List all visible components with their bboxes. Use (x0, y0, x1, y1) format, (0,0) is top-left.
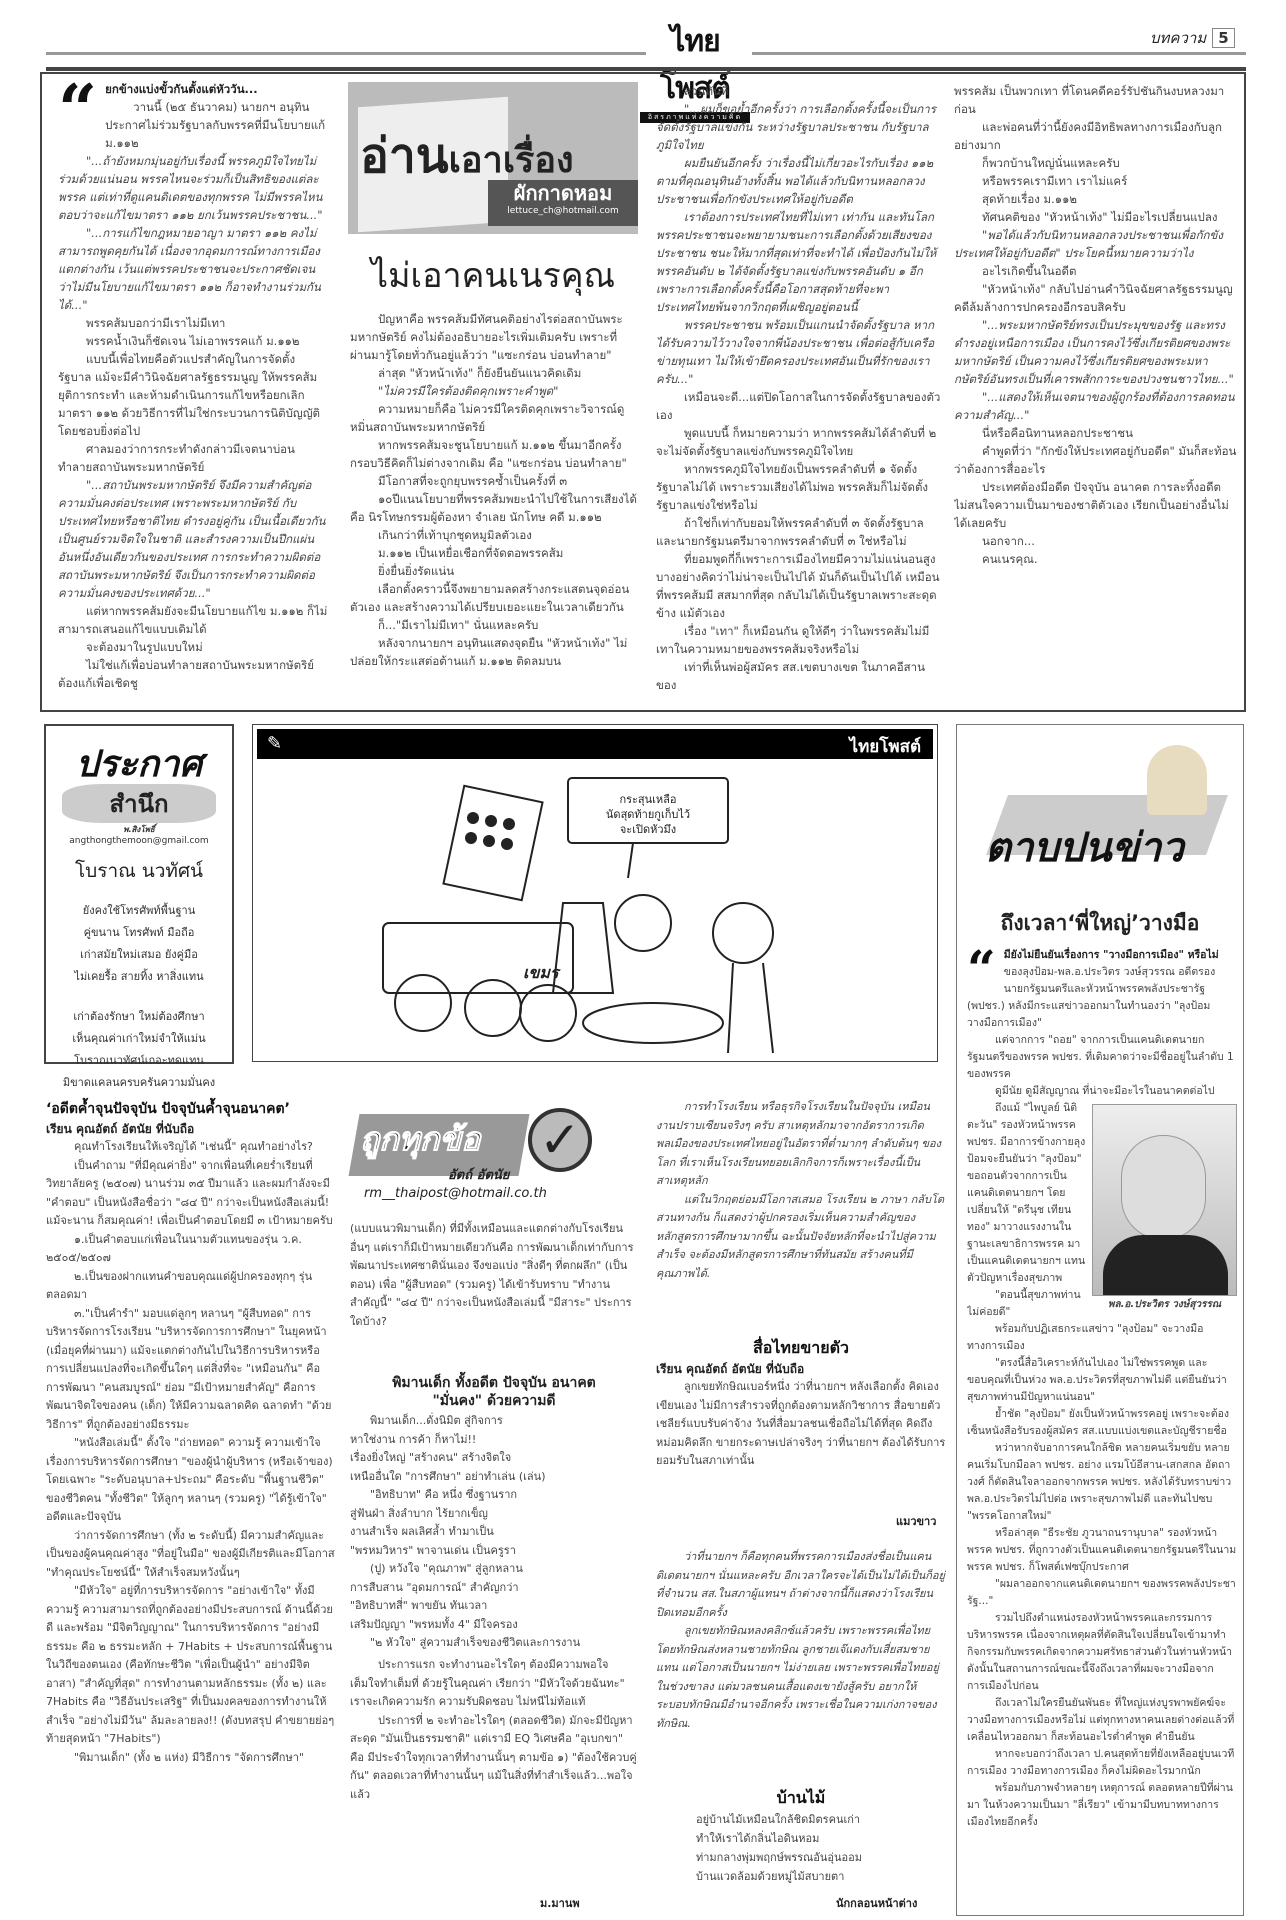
cartoon-speech-bubble: กระสุนเหลือ (619, 793, 676, 806)
paragraph: "ตรงนี้สื่อวิเคราะห์กันไปเอง ไม่ใช่พรรคพ… (967, 1355, 1237, 1406)
paragraph: เกินกว่าที่เท้าบุกชุดหมูมิลตัวเอง (350, 526, 638, 544)
top-rule (46, 67, 1246, 71)
paragraph: พรรคส้มบอกว่ามีเราไม่มีเทา (58, 314, 328, 332)
letter-2-salutation: เรียน คุณอัตถ์ อัตนัย ที่นับถือ (656, 1360, 804, 1379)
poem-line: "๒ หัวใจ" สู่ความสำเร็จของชีวิตและการงาน (350, 1634, 638, 1653)
paragraph: สวนทันที (656, 82, 944, 100)
cartoon-header-bar: ✎ ไทยโพสต์ (257, 729, 933, 759)
news-logo: ตาบปนข่าว (985, 815, 1184, 879)
page-header: ไทยโพสต์ อิสรภาพแห่งความคิด บทความ 5 (0, 0, 1286, 60)
editorial-column-2: ปัญหาคือ พรรคส้มมีทัศนคติอย่างไรต่อสถาบั… (350, 310, 638, 705)
paragraph: ลูกเขยทักษิณหลงคลิกซ์แล้วครับ เพราะพรรคเ… (656, 1622, 946, 1733)
paragraph: ก็พวกบ้านใหญ่นั่นแหละครับ (954, 154, 1238, 172)
poem-stanza-1: ยังคงใช้โทรศัพท์พื้นฐาน คู่ขนาน โทรศัพท์… (46, 900, 232, 988)
editorial-column-3: สวนทันที "...ผมก็ขอย้ำอีกครั้งว่า การเลื… (656, 82, 944, 702)
letters-logo-email: rm__thaipost@hotmail.co.th (364, 1186, 547, 1201)
news-body: “ มียังไม่ยืนยันเรื่องการ "วางมือการเมือ… (967, 947, 1237, 1907)
paragraph: ของลุงป้อม-พล.อ.ประวิตร วงษ์สุวรรณ อดีตร… (967, 964, 1237, 1032)
poem-box: ประกาศ สำนึก พ.สิงโพธิ์ angthongthemoon@… (44, 724, 234, 1064)
letter-1-headline: ‘อดีตค้ำจุนปัจจุบัน ปัจจุบันค้ำจุนอนาคต’ (46, 1098, 346, 1120)
paragraph: ประการที่ ๒ จะทำอะไรใดๆ (ตลอดชีวิต) มักจ… (350, 1712, 638, 1805)
quote-mark-icon: “ (58, 82, 97, 138)
letter-1-poem-title: พิมานเด็ก ทั้งอดีต ปัจจุบัน อนาคต "มั่นค… (370, 1374, 618, 1410)
section-tab: บทความ 5 (1150, 26, 1235, 50)
paragraph: เราต้องการประเทศไทยที่ไม่เทา เท่ากัน และ… (656, 208, 944, 316)
paragraph: คำพูดที่ว่า "กักขังให้ประเทศอยู่กับอดีต"… (954, 442, 1238, 478)
poem-logo-ribbon: สำนึก (62, 784, 216, 823)
section-label: บทความ (1150, 26, 1206, 50)
paragraph: เท่าที่เห็นพ่อผู้สมัคร สส.เขตบางเขต ในภา… (656, 658, 944, 694)
paragraph: "...การแก้ไขกฎหมายอาญา มาตรา ๑๑๒ คงไม่สา… (58, 224, 328, 314)
header-rule (46, 52, 646, 55)
poem-line: อยู่บ้านไม้เหมือนใกล้ชิดมิตรคนเก่า (696, 1810, 946, 1829)
letters-column-logo: ถูกทุกข้อ ✓ อัตถ์ อัตนัย rm__thaipost@ho… (348, 1100, 638, 1210)
paragraph: ทัศนคติของ "หัวหน้าเท้ง" ไม่มีอะไรเปลี่ย… (954, 208, 1238, 226)
closing-poem-signature: นักกลอนหน้าต่าง (836, 1894, 917, 1912)
poem-logo-script: ประกาศ (46, 744, 232, 784)
cartoon-panel: ✎ ไทยโพสต์ กระสุนเหลือ นัดสุดท้ายกูเก็บไ… (252, 724, 938, 1062)
paragraph: "...สถาบันพระมหากษัตริย์ จึงมีความสำคัญต… (58, 476, 328, 602)
poem-line: "อิทธิบาท" คือ หนึ่ง ซึ่งฐานราก (350, 1486, 638, 1505)
letter-2-reply: ว่าที่นายกฯ ก็คือทุกคนที่พรรคการเมืองส่ง… (656, 1548, 946, 1758)
editorial-headline: ไม่เอาคนเนรคุณ (348, 248, 638, 302)
paragraph: หากจะบอกว่าถึงเวลา ป.คนสุดท้ายที่ยังเหลื… (967, 1746, 1237, 1780)
paragraph: ที่ยอมพูดกี่ก็เพราะการเมืองไทยมีความไม่แ… (656, 550, 944, 622)
paragraph: ๑.เป็นคำตอบแก่เพื่อนในนามตัวแทนของรุ่น ว… (46, 1231, 338, 1268)
banner-title-big: อ่าน (360, 118, 449, 194)
letter-1-continued: (แบบแนวพิมานเด็ก) ที่มีทั้งเหมือนและแตกต… (350, 1220, 638, 1370)
paragraph: "...ถ้ายังหมกมุ่นอยู่กับเรื่องนี้ พรรคภู… (58, 152, 328, 224)
paragraph: "พอได้แล้วกับนิทานหลอกลวงประชาชนเพื่อกัก… (954, 226, 1238, 262)
paragraph: ม.๑๑๒ เป็นเหยื่อเชือกที่จัดตอพรรคส้ม (350, 544, 638, 562)
paragraph: เลือกตั้งคราวนี้จึงพยายามลดสร้างกระแสตนจ… (350, 580, 638, 616)
poem-line: ท่ามกลางพุ่มพฤกษ์พรรณอันอุ่นออม (696, 1848, 946, 1867)
letters-logo-title: ถูกทุกข้อ (360, 1114, 480, 1165)
paragraph: หรือล่าสุด "ธีระชัย ภูวนาถนรานุบาล" รองห… (967, 1525, 1237, 1576)
paragraph: จะต้องมาในรูปแบบใหม่ (58, 638, 328, 656)
svg-text:นัดสุดท้ายกูเก็บไว้: นัดสุดท้ายกูเก็บไว้ (606, 807, 690, 821)
paragraph: "หัวหน้าเท้ง" กลับไปอ่านคำวินิจฉัยศาลรัฐ… (954, 280, 1238, 316)
poem-line: พิมานเด็ก...ดั่งนิมิต สู่กิจการ (350, 1412, 638, 1431)
paragraph: ลูกเขยทักษิณเบอร์หนึ่ง ว่าที่นายกฯ หลังเ… (656, 1378, 946, 1471)
news-box: ตาบปนข่าว ถึงเวลา‘พี่ใหญ่’วางมือ “ มียัง… (956, 724, 1244, 1916)
letter-1-poem: พิมานเด็ก...ดั่งนิมิต สู่กิจการ หาใช่งาน… (350, 1412, 638, 1662)
news-headline: ถึงเวลา‘พี่ใหญ่’วางมือ (957, 907, 1243, 940)
paragraph: "...พระมหากษัตริย์ทรงเป็นประมุขของรัฐ แล… (954, 316, 1238, 388)
paragraph: ว่าที่นายกฯ ก็คือทุกคนที่พรรคการเมืองส่ง… (656, 1548, 946, 1622)
news-photo: พล.อ.ประวิตร วงษ์สุวรรณ (1092, 1104, 1237, 1313)
poem-line: บ้านแวดล้อมด้วยหมู่ไม้สบายตา (696, 1867, 946, 1886)
paragraph: ถึงเวลาไม่ใครยืนยันพันธะ ที่ใหญ่แห่งบูรพ… (967, 1695, 1237, 1746)
paragraph: คุณทำโรงเรียนให้เจริญได้ "เช่นนี้" คุณทำ… (46, 1138, 338, 1157)
letter-1-tail: ประการแรก จะทำงานอะไรใดๆ ต้องมีความพอใจ … (350, 1656, 638, 1886)
paragraph: "ผมลาออกจากแคนดิเดตนายกฯ ของพรรคพลังประช… (967, 1576, 1237, 1610)
paragraph: ความหมายก็คือ ไม่ควรมีใครติดคุกเพราะวิจา… (350, 400, 638, 436)
paragraph: คนเนรคุณ. (954, 550, 1238, 568)
paragraph: ดูมีนัย ดูมีสัญญาณ ที่น่าจะมีอะไรในอนาคต… (967, 1083, 1237, 1100)
paragraph: มีโอกาสที่จะถูกยุบพรรคซ้ำเป็นครั้งที่ ๓ (350, 472, 638, 490)
poem-line: เรื่องยิ่งใหญ่ "สร้างคน" สร้างจิตใจ (350, 1449, 638, 1468)
poem-line: (ปู) หวังใจ "คุณภาพ" สู่ลูกหลาน (350, 1560, 638, 1579)
paragraph: พรรคส้ม เป็นพวกเทา ที่โดนคดีคอร์รัปชันกิ… (954, 82, 1238, 118)
letter-2-intro: การทำโรงเรียน หรือธุรกิจโรงเรียนในปัจจุบ… (656, 1098, 946, 1328)
paragraph: ล่าสุด "หัวหน้าเท้ง" ก็ยังยืนยันแนวคิดเด… (350, 364, 638, 382)
poem-line: "อิทธิบาทสี่" พาขยัน ทันเวลา (350, 1597, 638, 1616)
paragraph: พรรคประชาชน พร้อมเป็นแกนนำจัดตั้งรัฐบาล … (656, 316, 944, 388)
poem-line: สู่ฟันฝ่า สิ่งลำบาก ไร้ยากเข็ญ (350, 1505, 638, 1524)
paragraph: ประการแรก จะทำงานอะไรใดๆ ต้องมีความพอใจ … (350, 1656, 638, 1712)
poem-line: การสืบสาน "อุดมการณ์" สำคัญกว่า (350, 1579, 638, 1598)
paragraph: ผมยืนยันอีกครั้ง ว่าเรื่องนี้ไม่เกี่ยวอะ… (656, 154, 944, 208)
poem-line: เหนืออื่นใด "การศึกษา" อย่าทำเล่น (เล่น) (350, 1468, 638, 1487)
checkmark-icon: ✓ (528, 1108, 592, 1172)
quote-mark-icon: “ (967, 949, 996, 989)
paragraph: (แบบแนวพิมานเด็ก) ที่มีทั้งเหมือนและแตกต… (350, 1220, 638, 1331)
paragraph: เหมือนจะดี...แต่ปิดโอกาสในการจัดตั้งรัฐบ… (656, 388, 944, 424)
paragraph: วานนี้ (๒๕ ธันวาคม) นายกฯ อนุทิน ประกาศไ… (58, 98, 328, 152)
cartoon-brand: ไทยโพสต์ (850, 733, 921, 760)
column-banner: อ่าน เอาเรื่อง ผักกาดหอม lettuce_ch@hotm… (348, 82, 638, 234)
paragraph: ไม่ใช่แก้เพื่อบ่อนทำลายสถาบันพระมหากษัตร… (58, 656, 328, 692)
paragraph: พร้อมกับภาพจำหลายๆ เหตุการณ์ ตลอดหลายปีท… (967, 1780, 1237, 1831)
poem-line: ไม่เคยรื้อ สายทิ้ง หาสิ่งแทน (46, 966, 232, 988)
poem-stanza-2: เก่าต้องรักษา ใหม่ต้องศึกษา เห็นคุณค่าเก… (46, 1006, 232, 1094)
poem-logo-word: สำนึก (62, 784, 216, 823)
paragraph: ว่าการจัดการศึกษา (ทั้ง ๒ ระดับนี้) มีคว… (46, 1527, 338, 1583)
paragraph: หากพรรคภูมิใจไทยยังเป็นพรรคลำดับที่ ๑ จั… (656, 460, 944, 514)
lead-title: ยกข้างแบ่งขั้วกันตั้งแต่หัววัน... (58, 80, 328, 98)
editorial-column-1: “ ยกข้างแบ่งขั้วกันตั้งแต่หัววัน... วานน… (58, 80, 328, 700)
paragraph: นี่หรือคือนิทานหลอกประชาชน (954, 424, 1238, 442)
paragraph: ศาลมองว่าการกระทำดังกล่าวมีเจตนาบ่อนทำลา… (58, 440, 328, 476)
poem-line: คู่ขนาน โทรศัพท์ มือถือ (46, 922, 232, 944)
paragraph: "ไม่ควรมีใครต้องติดคุกเพราะคำพูด" (350, 382, 638, 400)
paragraph: ๒.เป็นของฝากแทนคำขอบคุณแด่ผู้ปกครองทุกๆ … (46, 1268, 338, 1305)
poem-line: ทำให้เราได้กลิ่นไอดินหอม (696, 1829, 946, 1848)
cartoon-illustration: กระสุนเหลือ นัดสุดท้ายกูเก็บไว้ จะเปิดหั… (373, 773, 813, 1058)
paragraph: ก็..."มีเราไม่มีเทา" นั่นแหละครับ (350, 616, 638, 634)
cartoon-truck-label: เขมร (523, 963, 561, 982)
poem-line: มิขาดแคลนครบครันความมั่นคง (46, 1072, 232, 1094)
paragraph: ๓."เป็นคำรำ" มอบแด่ลูกๆ หลานๆ "ผู้สืบทอด… (46, 1305, 338, 1435)
poem-line: งานสำเร็จ ผลเลิศล้ำ ทำมาเป็น (350, 1523, 638, 1542)
reader-figure (1147, 745, 1207, 815)
poem-line: หาใช่งาน การค้า ก็หาไม่!! (350, 1431, 638, 1450)
letter-2-headline: สื่อไทยขายตัว (656, 1336, 946, 1361)
paragraph: พรรคน้ำเงินก็ชัดเจน ไม่เอาพรรคแก้ ม.๑๑๒ (58, 332, 328, 350)
paragraph: อะไรเกิดขึ้นในอดีต (954, 262, 1238, 280)
photo-prawit (1092, 1104, 1237, 1296)
paragraph: "...แสดงให้เห็นเจตนาของผู้ถูกร้องที่ต้อง… (954, 388, 1238, 424)
letters-logo-author: อัตถ์ อัตนัย (448, 1164, 509, 1185)
paragraph: แต่หากพรรคส้มยังจะมีนโยบายแก้ไข ม.๑๑๒ ก็… (58, 602, 328, 638)
poem-line: เก่าต้องรักษา ใหม่ต้องศึกษา (46, 1006, 232, 1028)
page-number: 5 (1212, 28, 1234, 48)
banner-author: ผักกาดหอม (488, 180, 638, 206)
paragraph: "พิมานเด็ก" (ทั้ง ๒ แห่ง) มีวิธีการ "จัด… (46, 1749, 338, 1768)
banner-email: lettuce_ch@hotmail.com (488, 206, 638, 216)
paragraph: พร้อมกับปฏิเสธกระแสข่าว "ลุงป้อม" จะวางม… (967, 1321, 1237, 1355)
closing-poem-title: บ้านไม้ (656, 1786, 946, 1811)
paragraph: แต่จากการ "ถอย" จากการเป็นแคนดิเดตนายกรั… (967, 1032, 1237, 1083)
header-rule-right (752, 52, 1246, 55)
paragraph: ๑๐ปีแนนโยบายที่พรรคส้มพยะนำไปใช้ในการเสี… (350, 490, 638, 526)
cartoonist-logo-icon: ✎ (267, 733, 282, 754)
photo-caption: พล.อ.ประวิตร วงษ์สุวรรณ (1092, 1296, 1237, 1313)
paragraph: "มีหัวใจ" อยู่ที่การบริหารจัดการ "อย่างเ… (46, 1582, 338, 1749)
svg-text:จะเปิดหัวมึง: จะเปิดหัวมึง (620, 823, 676, 836)
banner-author-box: ผักกาดหอม lettuce_ch@hotmail.com (488, 180, 638, 226)
letter-1-signature: ม.มานพ (540, 1894, 580, 1912)
paragraph: ยิ่งยื่นยิ่งรัดแน่น (350, 562, 638, 580)
paragraph: การทำโรงเรียน หรือธุรกิจโรงเรียนในปัจจุบ… (656, 1098, 946, 1191)
paragraph: เป็นคำถาม "ที่มีคุณค่ายิ่ง" จากเพื่อนที่… (46, 1157, 338, 1231)
paragraph: นอกจาก... (954, 532, 1238, 550)
letter-1-body: คุณทำโรงเรียนให้เจริญได้ "เช่นนี้" คุณทำ… (46, 1138, 338, 1918)
poem-line: เก่าสมัยใหม่เสมอ ยังคู่มือ (46, 944, 232, 966)
paragraph: ประเทศต้องมีอดีต ปัจจุบัน อนาคต การละทิ้… (954, 478, 1238, 532)
paragraph: แบบนี้เพื่อไทยคือตัวแปรสำคัญในการจัดตั้ง… (58, 350, 328, 440)
paragraph: ย้ำชัด "ลุงป้อม" ยังเป็นหัวหน้าพรรคอยู่ … (967, 1406, 1237, 1440)
paragraph: หรือพรรคเรามีเทา เราไม่แคร์ (954, 172, 1238, 190)
paragraph: หว่าหากจับอาการคนใกล้ชิด หลายคนเริ่มขยับ… (967, 1440, 1237, 1525)
paragraph: หากพรรคส้มจะชูนโยบายแก้ ม.๑๑๒ ขึ้นมาอีกค… (350, 436, 638, 472)
closing-poem: อยู่บ้านไม้เหมือนใกล้ชิดมิตรคนเก่า ทำให้… (696, 1810, 946, 1890)
paragraph: แต่ในวิกฤตย่อมมีโอกาสเสมอ โรงเรียน ๒ ภาษ… (656, 1191, 946, 1284)
letter-1-salutation: เรียน คุณอัตถ์ อัตนัย ที่นับถือ (46, 1120, 194, 1139)
letter-2-signature: แมวขาว (896, 1512, 936, 1530)
editorial-column-4: พรรคส้ม เป็นพวกเทา ที่โดนคดีคอร์รัปชันกิ… (954, 82, 1238, 702)
poem-title: โบราณ นวทัศน์ (46, 856, 232, 886)
poem-line: "พรหมวิหาร" พาจานเด่น เป็นครูรา (350, 1542, 638, 1561)
poem-byline: พ.สิงโพธิ์ (46, 823, 232, 836)
poem-email: angthongthemoon@gmail.com (46, 836, 232, 846)
paragraph: หลังจากนายกฯ อนุทินแสดงจุดยืน "หัวหน้าเท… (350, 634, 638, 670)
letter-2-body: ลูกเขยทักษิณเบอร์หนึ่ง ว่าที่นายกฯ หลังเ… (656, 1378, 946, 1508)
paragraph: "...ผมก็ขอย้ำอีกครั้งว่า การเลือกตั้งครั… (656, 100, 944, 154)
paragraph: ถ้าใช่ก็เท่ากับยอมให้พรรคลำดับที่ ๓ จัดต… (656, 514, 944, 550)
poem-line: ยังคงใช้โทรศัพท์พื้นฐาน (46, 900, 232, 922)
poem-line: โบราณนวทัศน์เถอะทดแทน (46, 1050, 232, 1072)
news-logo-art: ตาบปนข่าว (977, 735, 1227, 885)
paragraph: และพ่อคนที่ว่านี้ยังคงมีอิทธิพลทางการเมื… (954, 118, 1238, 154)
paragraph: "หนังสือเล่มนี้" ตั้งใจ "ถ่ายทอด" ความรู… (46, 1434, 338, 1527)
poem-logo: ประกาศ สำนึก พ.สิงโพธิ์ angthongthemoon@… (46, 744, 232, 846)
paragraph: สุดท้ายเรื่อง ม.๑๑๒ (954, 190, 1238, 208)
paragraph: เรื่อง "เทา" ก็เหมือนกัน ดูให้ดีๆ ว่าในพ… (656, 622, 944, 658)
paragraph: พูดแบบนี้ ก็หมายความว่า หากพรรคส้มได้ลำด… (656, 424, 944, 460)
paragraph: รวมไปถึงตำแหน่งรองหัวหน้าพรรคและกรรมการบ… (967, 1610, 1237, 1695)
paragraph: ปัญหาคือ พรรคส้มมีทัศนคติอย่างไรต่อสถาบั… (350, 310, 638, 364)
poem-line: เสริมปัญญา "พรหมทั้ง 4" มีใจครอง (350, 1616, 638, 1635)
poem-line: เห็นคุณค่าเก่าใหม่จำให้แม่น (46, 1028, 232, 1050)
news-lead: มียังไม่ยืนยันเรื่องการ "วางมือการเมือง"… (967, 947, 1237, 964)
